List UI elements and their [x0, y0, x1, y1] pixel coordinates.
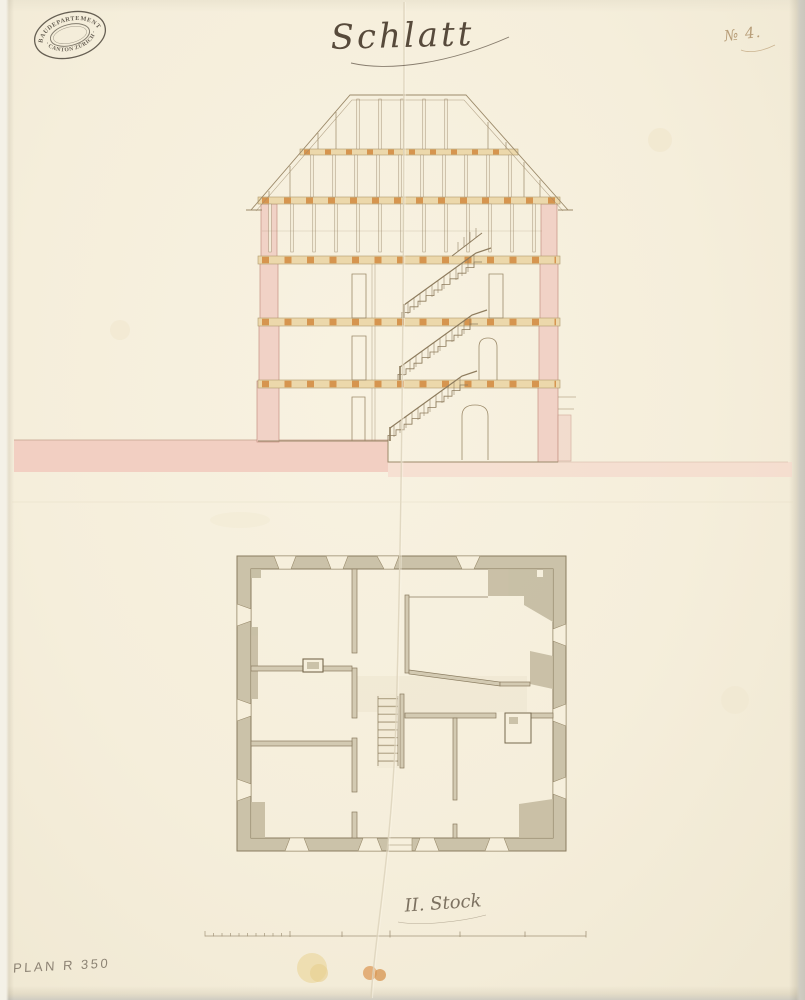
stove — [303, 659, 323, 672]
section-drawing — [246, 95, 576, 462]
arched-doorway — [462, 405, 488, 460]
arched-doorway — [479, 338, 497, 380]
section-masonry-walls — [257, 204, 571, 462]
entrance-door — [388, 838, 412, 851]
floorplan-drawing — [237, 556, 566, 851]
roof-posts — [269, 99, 536, 252]
closet — [505, 713, 531, 743]
plan-sheet: BAUDEPARTEMENT · CANTON ZÜRICH · Schlatt… — [0, 0, 805, 1000]
floor-beams — [258, 149, 560, 388]
timber-joist-blocks — [262, 152, 556, 384]
scale-bar — [205, 931, 586, 938]
drawing-canvas: BAUDEPARTEMENT · CANTON ZÜRICH · — [0, 0, 805, 1000]
